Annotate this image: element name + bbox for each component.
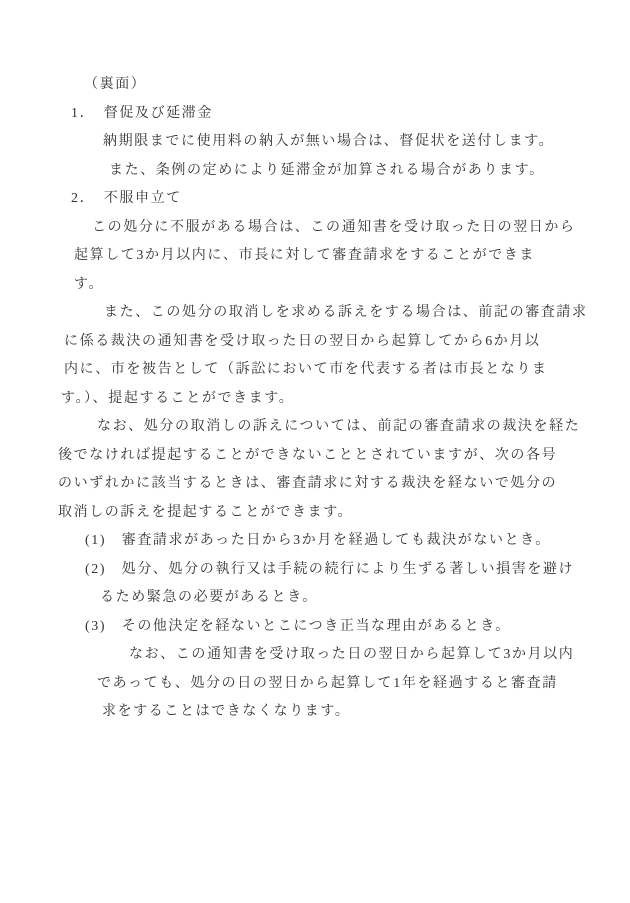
list-item-2-line: るため緊急の必要があるとき。 [100,584,630,613]
section-2-paragraph-2-line: す。）、提起することができます。 [61,385,630,414]
list-item-3: (3) その他決定を経ないとこにつき正当な理由があるとき。 [85,613,630,642]
section-2-paragraph-3-line: 後でなければ提起することができないこととされていますが、次の各号 [58,442,630,471]
note-paragraph-line: 求をすることはできなくなります。 [102,698,630,727]
section-2-paragraph-1-line: この処分に不服がある場合は、この通知書を受け取った日の翌日から [92,214,630,243]
section-2-paragraph-2-line: に係る裁決の通知書を受け取った日の翌日から起算してから6か月以 [64,328,630,357]
section-2-heading: 2． 不服申立て [71,185,630,214]
section-2-paragraph-3-line: なお、処分の取消しの訴えについては、前記の審査請求の裁決を経た [97,413,630,442]
section-1-paragraph-line: 納期限までに使用料の納入が無い場合は、督促状を送付します。 [103,128,630,157]
list-item-2-line: (2) 処分、処分の執行又は手続の続行により生ずる著しい損害を避け [85,556,630,585]
section-2-paragraph-2-line: また、この処分の取消しを求める訴えをする場合は、前記の審査請求 [104,299,630,328]
document-page: （裏面） 1． 督促及び延滞金 納期限までに使用料の納入が無い場合は、督促状を送… [0,0,630,903]
note-paragraph-line: なお、この通知書を受け取った日の翌日から起算して3か月以内 [129,641,630,670]
section-1-paragraph-line: また、条例の定めにより延滞金が加算される場合があります。 [109,157,630,186]
section-2-paragraph-1-line: す。 [74,271,630,300]
page-side-label: （裏面） [84,71,630,100]
section-2-paragraph-3-line: 取消しの訴えを提起することができます。 [58,499,630,528]
document-body: （裏面） 1． 督促及び延滞金 納期限までに使用料の納入が無い場合は、督促状を送… [0,71,630,727]
list-item-1: (1) 審査請求があった日から3か月を経過しても裁決がないとき。 [85,527,630,556]
section-2-paragraph-2-line: 内に、市を被告として（訴訟において市を代表する者は市長となりま [64,356,630,385]
section-2-paragraph-3-line: のいずれかに該当するときは、審査請求に対する裁決を経ないで処分の [58,470,630,499]
section-2-paragraph-1-line: 起算して3か月以内に、市長に対して審査請求をすることができま [74,242,630,271]
note-paragraph-line: であっても、処分の日の翌日から起算して1年を経過すると審査請 [97,670,630,699]
section-1-heading: 1． 督促及び延滞金 [71,100,630,129]
